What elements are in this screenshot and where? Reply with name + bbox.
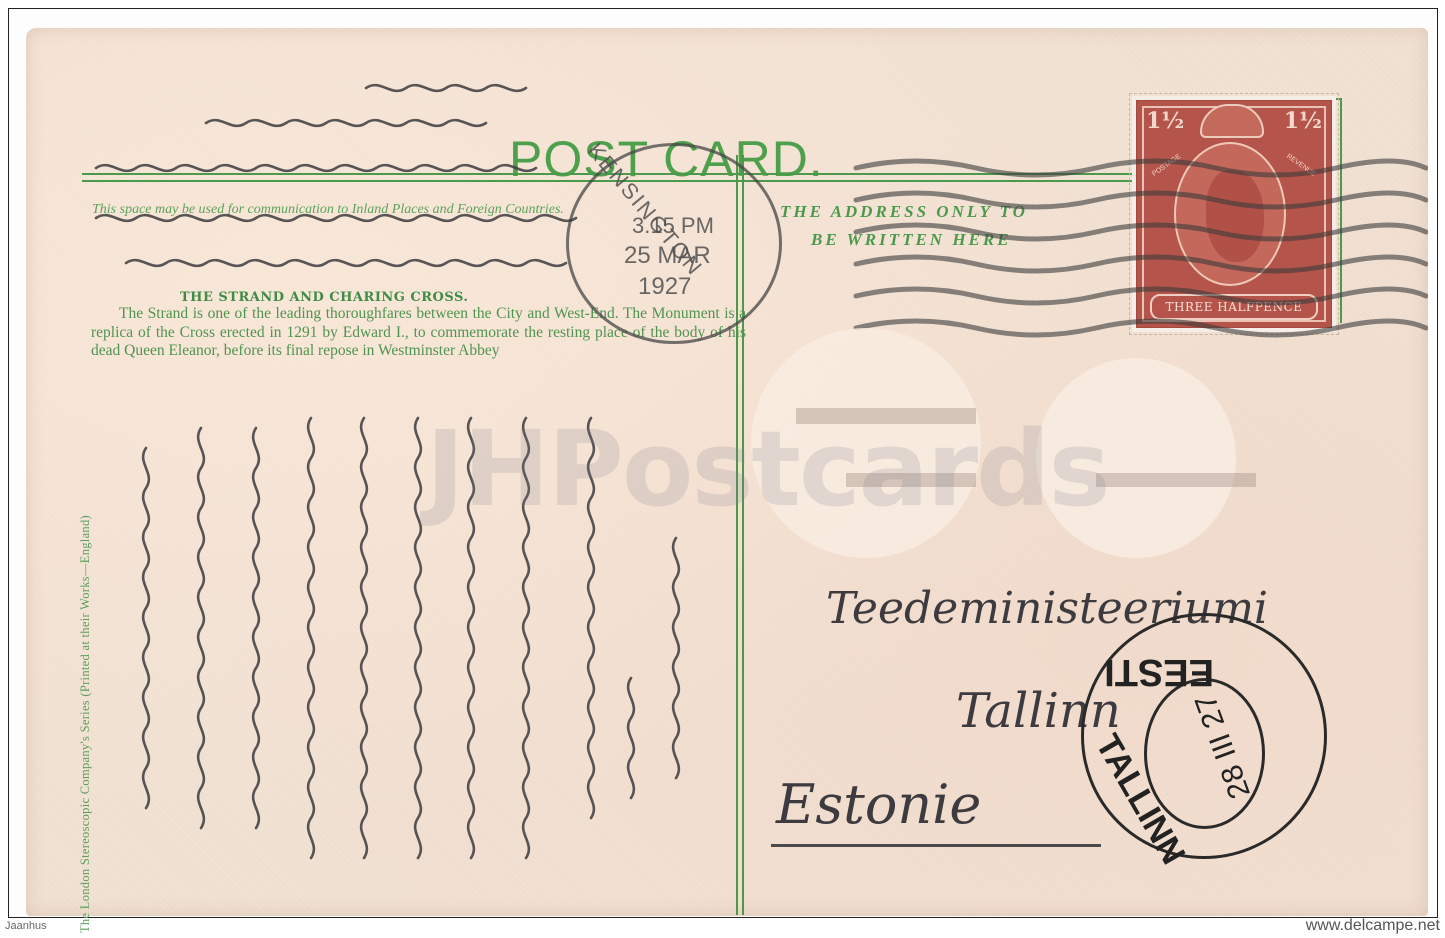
postmark-tallinn-top: EESTI [1104, 650, 1214, 693]
address-line-country: Estonie [776, 773, 981, 836]
postcard: The London Stereoscopic Company's Series… [26, 28, 1428, 916]
footer-site-link[interactable]: www.delcampe.net [1306, 917, 1440, 935]
redaction-pixels [1096, 473, 1256, 487]
address-underline [771, 844, 1101, 847]
footer-seller: Jaanhus [5, 920, 47, 932]
watermark: JHPostcards [426, 408, 1109, 530]
